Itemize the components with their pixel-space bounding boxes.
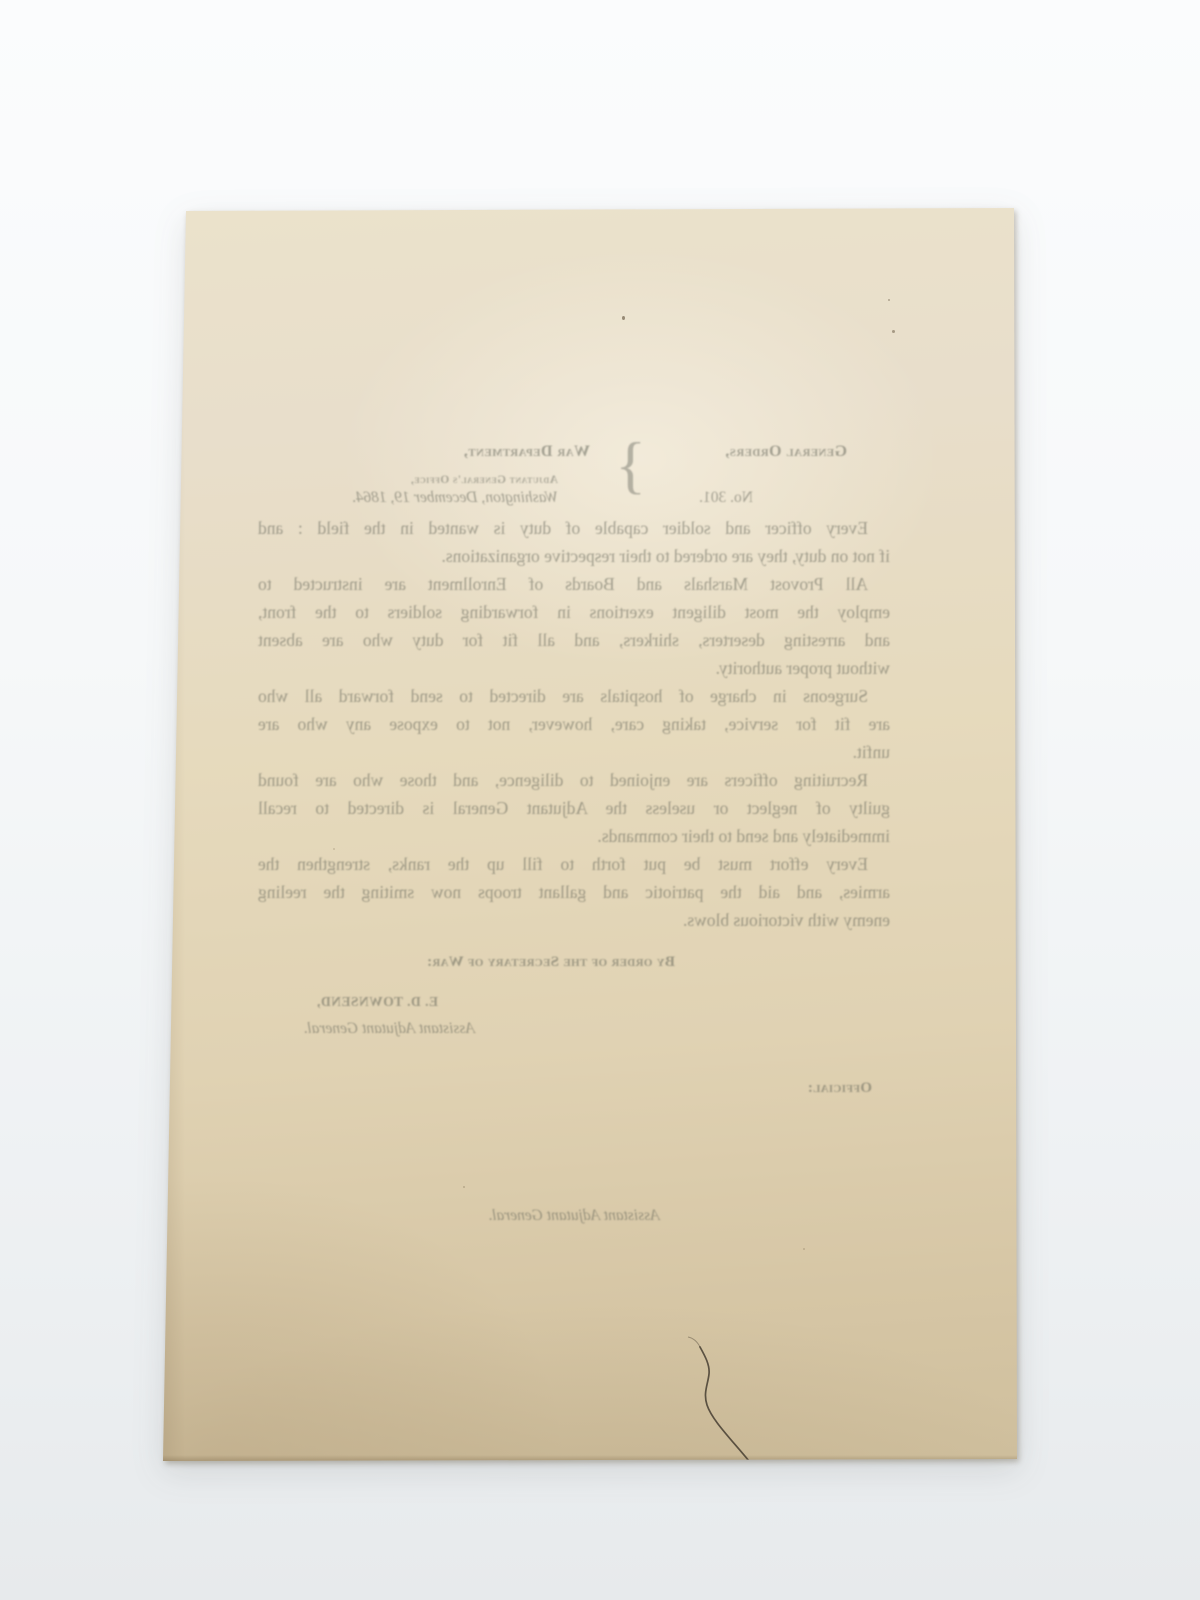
document-line: Every officer and soldier capable of dut…	[258, 514, 890, 542]
foxing-speck	[892, 330, 895, 333]
signature-name: E. D. TOWNSEND,	[258, 988, 438, 1016]
document-line: guilty of neglect or useless the Adjutan…	[258, 794, 890, 822]
official-label: Official:	[258, 1074, 872, 1102]
document-line: and arresting deserters, shirkers, and a…	[258, 626, 890, 654]
header-war-department: War Department,	[463, 438, 590, 466]
countersign-title: Assistant Adjutant General.	[258, 1202, 890, 1230]
document-line: employ the most diligent exertions in fo…	[258, 598, 890, 626]
signature-title: Assistant Adjutant General.	[258, 1016, 475, 1042]
document-line: armies, and aid the patriotic and gallan…	[258, 878, 890, 906]
document-line: Recruiting officers are enjoined to dili…	[258, 766, 890, 794]
foxing-speck	[622, 316, 625, 320]
paper-shadow: General Orders, No. 301. } War Departmen…	[163, 208, 1017, 1461]
by-order-line: By order of the Secretary of War:	[258, 948, 675, 976]
document-line: Surgeons in charge of hospitals are dire…	[258, 682, 890, 710]
header-general-orders: General Orders,	[725, 438, 847, 466]
header-order-number: No. 301.	[699, 484, 753, 512]
document-line: are fit for service, taking care, howeve…	[258, 710, 890, 738]
closing-block: By order of the Secretary of War: E. D. …	[258, 934, 890, 1230]
document-line: Every effort must be put forth to fill u…	[258, 850, 890, 878]
photo-background: General Orders, No. 301. } War Departmen…	[0, 0, 1200, 1600]
foxing-speck	[803, 1248, 805, 1250]
document-line: enemy with victorious blows.	[258, 906, 890, 934]
header-date-line: Washington, December 19, 1864.	[352, 484, 558, 512]
document-line: immediately and send to their commands.	[258, 822, 890, 850]
document-line: without proper authority.	[258, 654, 890, 682]
document-line: if not on duty, they are ordered to thei…	[258, 542, 890, 570]
foxing-speck	[888, 299, 890, 301]
header-brace: }	[615, 434, 646, 496]
document-line: unfit.	[258, 738, 890, 766]
document-line: All Provost Marshals and Boards of Enrol…	[258, 570, 890, 598]
document-showthrough-text: General Orders, No. 301. } War Departmen…	[258, 430, 890, 1240]
body-text: Every officer and soldier capable of dut…	[258, 514, 890, 934]
paper-sheet: General Orders, No. 301. } War Departmen…	[163, 208, 1017, 1461]
